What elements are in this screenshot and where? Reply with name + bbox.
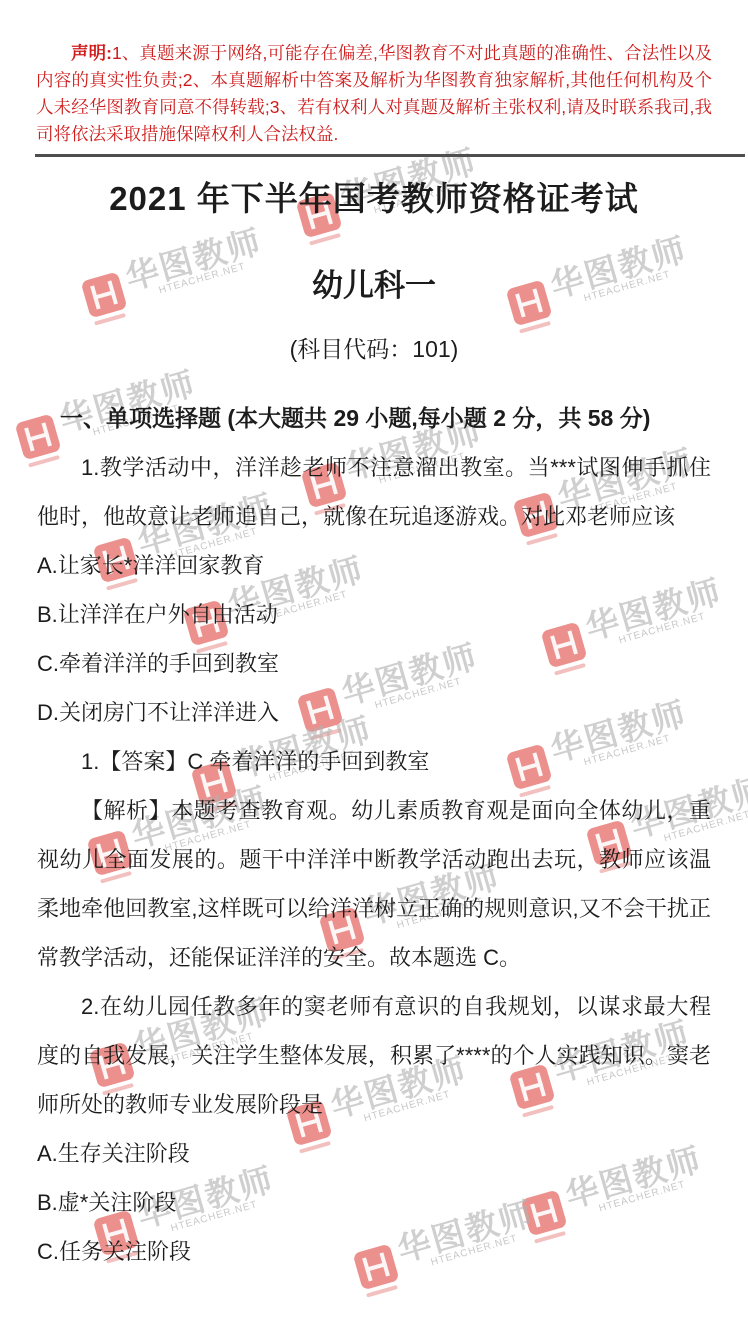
exam-document-page: 华图教师HTEACHER.NET 华图教师HTEACHER.NET 华图教师HT… [0,0,748,1335]
question-1-answer: 1.【答案】C 牵着洋洋的手回到教室 [37,737,711,786]
question-2-stem: 2.在幼儿园任教多年的窦老师有意识的自我规划，以谋求最大程度的自我发展，关注学生… [37,982,711,1129]
question-2-option-b: B.虚*关注阶段 [37,1178,711,1227]
disclaimer-label: 声明: [71,43,112,63]
question-1-option-c: C.牵着洋洋的手回到教室 [37,639,711,688]
document-subtitle: 幼儿科一 [0,260,748,305]
question-1-stem: 1.教学活动中，洋洋趁老师不注意溜出教室。当***试图伸手抓住他时，他故意让老师… [37,443,711,541]
question-1-option-d: D.关闭房门不让洋洋进入 [37,688,711,737]
question-2-option-a: A.生存关注阶段 [37,1129,711,1178]
question-1-option-a: A.让家长*洋洋回家教育 [37,541,711,590]
question-1-option-b: B.让洋洋在户外自由活动 [37,590,711,639]
exam-body: 一、单项选择题 (本大题共 29 小题,每小题 2 分，共 58 分) 1.教学… [37,394,711,1276]
section-heading: 一、单项选择题 (本大题共 29 小题,每小题 2 分，共 58 分) [37,394,711,443]
subject-code: (科目代码：101) [0,331,748,364]
question-2-option-c: C.任务关注阶段 [37,1227,711,1276]
document-title: 2021 年下半年国考教师资格证考试 [0,173,748,220]
question-1-analysis: 【解析】本题考查教育观。幼儿素质教育观是面向全体幼儿，重视幼儿全面发展的。题干中… [37,786,711,982]
disclaimer-text: 声明:1、真题来源于网络,可能存在偏差,华图教育不对此真题的准确性、合法性以及内… [36,0,712,148]
header-divider [35,154,745,157]
